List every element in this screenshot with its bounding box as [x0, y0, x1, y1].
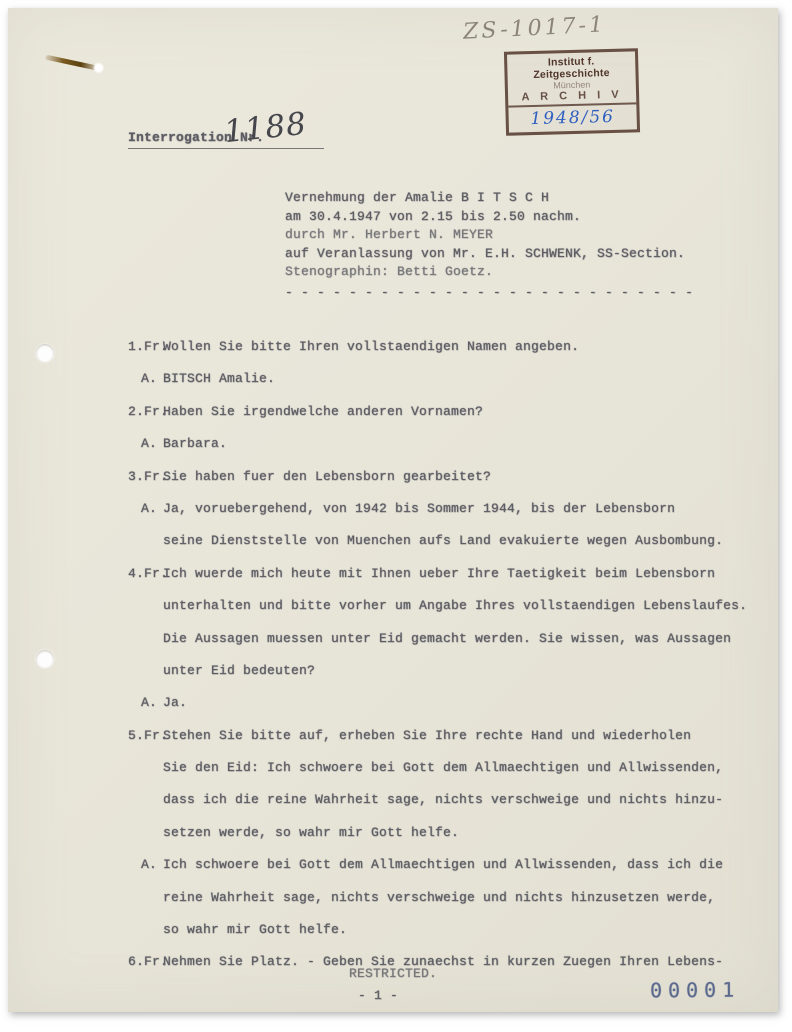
qa-text: Haben Sie irgendwelche anderen Vornamen?: [163, 404, 483, 419]
qa-text: seine Dienststelle von Muenchen aufs Lan…: [163, 533, 723, 548]
archive-stamp: Institut f. Zeitgeschichte München A R C…: [504, 48, 640, 135]
qa-line: A.Ich schwoere bei Gott dem Allmaechtige…: [8, 849, 778, 881]
header-line: durch Mr. Herbert N. MEYER: [285, 226, 693, 245]
qa-text: Ich schwoere bei Gott dem Allmaechtigen …: [163, 857, 723, 872]
qa-line: A.Ja.: [8, 687, 778, 719]
qa-line: A.Barbara.: [8, 428, 778, 460]
qa-line: unterhalten und bitte vorher um Angabe I…: [8, 590, 778, 622]
archive-stamp-header: Institut f. Zeitgeschichte München A R C…: [507, 51, 636, 107]
qa-text: Ja, voruebergehend, von 1942 bis Sommer …: [163, 501, 675, 516]
qa-label: 3.Fr.: [128, 469, 168, 484]
header-line: am 30.4.1947 von 2.15 bis 2.50 nachm.: [285, 208, 693, 227]
qa-line: 2.Fr.Haben Sie irgendwelche anderen Vorn…: [8, 396, 778, 428]
qa-text: Wollen Sie bitte Ihren vollstaendigen Na…: [163, 339, 579, 354]
qa-label: 4.Fr.: [128, 566, 168, 581]
qa-label: 5.Fr.: [128, 728, 168, 743]
stamp-register-number: 1948/56: [508, 104, 637, 132]
qa-line: 5.Fr.Stehen Sie bitte auf, erheben Sie I…: [8, 720, 778, 752]
qa-line: A.Ja, voruebergehend, von 1942 bis Somme…: [8, 493, 778, 525]
qa-text: reine Wahrheit sage, nichts verschweige …: [163, 890, 715, 905]
handwritten-interrogation-number: 1188: [222, 106, 308, 150]
qa-text: Barbara.: [163, 436, 227, 451]
qa-line: reine Wahrheit sage, nichts verschweige …: [8, 882, 778, 914]
stamp-archiv-line: A R C H I V: [510, 88, 634, 103]
punch-hole-top: [36, 344, 54, 362]
stamp-institute-line: Institut f. Zeitgeschichte: [509, 54, 634, 81]
qa-line: Sie den Eid: Ich schwoere bei Gott dem A…: [8, 752, 778, 784]
qa-text: Sie den Eid: Ich schwoere bei Gott dem A…: [163, 760, 723, 775]
qa-label: A.: [141, 695, 157, 710]
qa-text: Die Aussagen muessen unter Eid gemacht w…: [163, 631, 731, 646]
header-line: Vernehmung der Amalie B I T S C H: [285, 189, 693, 208]
qa-line: 4.Fr.Ich wuerde mich heute mit Ihnen ueb…: [8, 558, 778, 590]
document-serial-stamp: 00001: [650, 978, 740, 1003]
qa-line: A.BITSCH Amalie.: [8, 363, 778, 395]
header-line: Stenographin: Betti Goetz.: [285, 263, 693, 282]
qa-text: Ich wuerde mich heute mit Ihnen ueber Ih…: [163, 566, 715, 581]
qa-line: unter Eid bedeuten?: [8, 655, 778, 687]
qa-text: setzen werde, so wahr mir Gott helfe.: [163, 825, 459, 840]
qa-label: A.: [141, 436, 157, 451]
qa-label: 2.Fr.: [128, 404, 168, 419]
qa-label: A.: [141, 857, 157, 872]
punch-hole-bottom: [36, 650, 54, 668]
qa-label: A.: [141, 371, 157, 386]
qa-label: A.: [141, 501, 157, 516]
qa-text: unter Eid bedeuten?: [163, 663, 315, 678]
header-line: auf Veranlassung von Mr. E.H. SCHWENK, S…: [285, 245, 693, 264]
qa-label: 1.Fr.: [128, 339, 168, 354]
pencil-archive-note: ZS-1017-1: [462, 8, 683, 44]
header-divider: - - - - - - - - - - - - - - - - - - - - …: [285, 284, 693, 303]
qa-line: 3.Fr.Sie haben fuer den Lebensborn gearb…: [8, 461, 778, 493]
qa-text: unterhalten und bitte vorher um Angabe I…: [163, 598, 747, 613]
document-page: ZS-1017-1 Institut f. Zeitgeschichte Mün…: [8, 8, 778, 1012]
qa-text: Ja.: [163, 695, 187, 710]
qa-text: so wahr mir Gott helfe.: [163, 922, 347, 937]
interrogation-header: Vernehmung der Amalie B I T S C H am 30.…: [285, 189, 693, 302]
qa-text: BITSCH Amalie.: [163, 371, 275, 386]
qa-line: dass ich die reine Wahrheit sage, nichts…: [8, 784, 778, 816]
qa-line: Die Aussagen muessen unter Eid gemacht w…: [8, 623, 778, 655]
rust-staple-mark: [45, 55, 97, 71]
qa-text: Sie haben fuer den Lebensborn gearbeitet…: [163, 469, 491, 484]
question-answer-list: 1.Fr.Wollen Sie bitte Ihren vollstaendig…: [8, 331, 778, 979]
qa-text: Stehen Sie bitte auf, erheben Sie Ihre r…: [163, 728, 691, 743]
page-number: - 1 -: [8, 988, 748, 1003]
qa-text: dass ich die reine Wahrheit sage, nichts…: [163, 792, 723, 807]
document-title: Interrogation Nr. 1188: [128, 116, 324, 149]
qa-line: seine Dienststelle von Muenchen aufs Lan…: [8, 525, 778, 557]
qa-line: 1.Fr.Wollen Sie bitte Ihren vollstaendig…: [8, 331, 778, 363]
qa-line: setzen werde, so wahr mir Gott helfe.: [8, 817, 778, 849]
qa-line: so wahr mir Gott helfe.: [8, 914, 778, 946]
